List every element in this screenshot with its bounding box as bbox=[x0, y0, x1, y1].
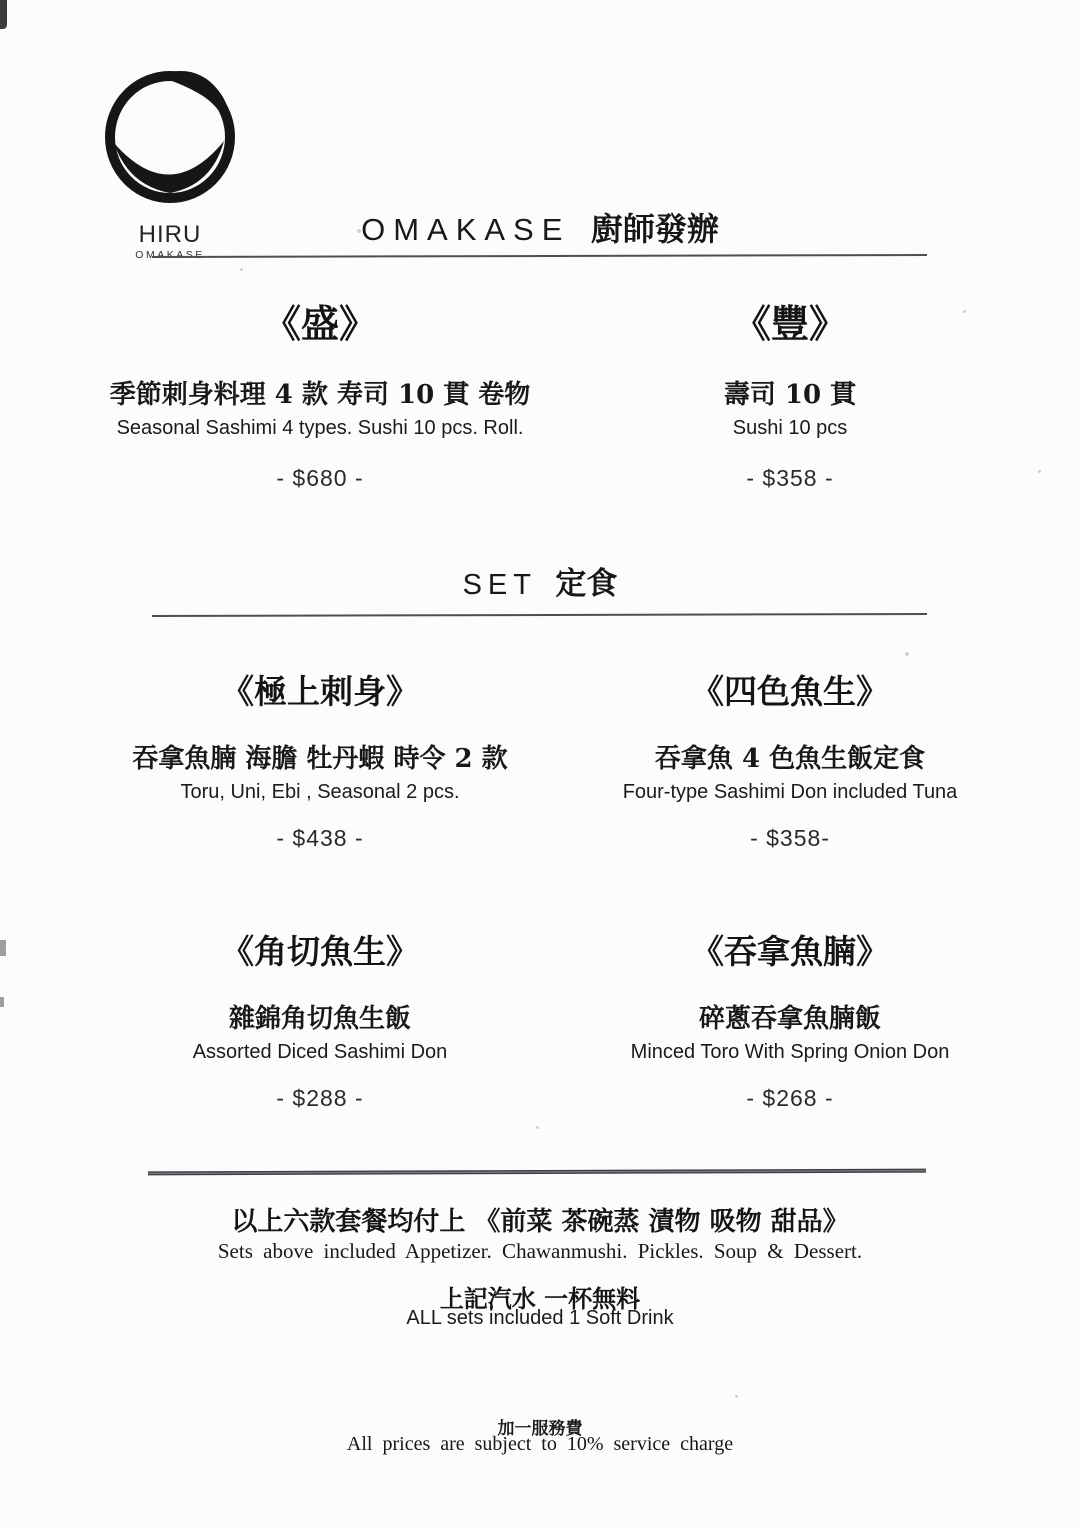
set-item-diced-sashimi-don: 《角切魚生》 雜錦角切魚生飯 Assorted Diced Sashimi Do… bbox=[105, 930, 535, 1112]
item-desc-zh: 雜錦角切魚生飯 bbox=[105, 1003, 535, 1036]
note-drink-en: ALL sets included 1 Soft Drink bbox=[0, 1307, 1080, 1330]
item-desc-en: Minced Toro With Spring Onion Don bbox=[575, 1039, 1005, 1065]
set-item-four-colour-sashimi-don: 《四色魚生》 吞拿魚 4 色魚生飯定食 Four-type Sashimi Do… bbox=[575, 670, 1005, 852]
item-price: - $680 - bbox=[105, 465, 535, 492]
omakase-item-sheng: 《盛》 季節刺身料理 4 款 寿司 10 貫 卷物 Seasonal Sashi… bbox=[105, 302, 535, 492]
title-divider bbox=[152, 254, 927, 258]
item-desc-en: Toru, Uni, Ebi , Seasonal 2 pcs. bbox=[105, 779, 535, 805]
item-price: - $268 - bbox=[575, 1085, 1005, 1112]
item-price: - $288 - bbox=[105, 1085, 535, 1112]
scan-speck bbox=[1038, 470, 1041, 473]
scan-speck bbox=[735, 1395, 738, 1398]
set-heading-zh: 定食 bbox=[555, 566, 617, 602]
page-title-en: OMAKASE bbox=[361, 212, 570, 247]
set-item-premium-sashimi: 《極上刺身》 吞拿魚腩 海膽 牡丹蝦 時令 2 款 Toru, Uni, Ebi… bbox=[105, 670, 535, 852]
item-desc-zh: 壽司 10 貫 bbox=[575, 379, 1005, 412]
scan-speck bbox=[536, 1126, 539, 1129]
scan-corner-mark bbox=[0, 0, 7, 29]
item-desc-zh: 吞拿魚腩 海膽 牡丹蝦 時令 2 款 bbox=[105, 743, 535, 776]
scan-speck bbox=[905, 652, 909, 656]
item-desc-zh: 季節刺身料理 4 款 寿司 10 貫 卷物 bbox=[105, 379, 535, 412]
omakase-item-feng: 《豐》 壽司 10 貫 Sushi 10 pcs - $358 - bbox=[575, 302, 1005, 492]
item-desc-en: Four-type Sashimi Don included Tuna bbox=[575, 779, 1005, 805]
set-section-heading: SET 定食 bbox=[0, 558, 1080, 603]
item-name: 《四色魚生》 bbox=[575, 670, 1005, 713]
notes-divider bbox=[148, 1169, 926, 1176]
item-desc-en: Assorted Diced Sashimi Don bbox=[105, 1039, 535, 1065]
page-title: OMAKASE 廚師發辦 bbox=[0, 204, 1080, 250]
item-desc-en: Sushi 10 pcs bbox=[575, 415, 1005, 441]
note-included-en: Sets above included Appetizer. Chawanmus… bbox=[0, 1239, 1080, 1264]
set-item-minced-toro-don: 《吞拿魚腩》 碎蔥吞拿魚腩飯 Minced Toro With Spring O… bbox=[575, 930, 1005, 1112]
menu-page: HIRU OMAKASE OMAKASE 廚師發辦 《盛》 季節刺身料理 4 款… bbox=[0, 0, 1080, 1528]
note-included-zh: 以上六款套餐均付上 《前菜 茶碗蒸 漬物 吸物 甜品》 bbox=[0, 1201, 1080, 1238]
set-divider bbox=[152, 613, 927, 617]
scan-speck bbox=[240, 268, 243, 271]
item-price: - $358 - bbox=[575, 465, 1005, 492]
restaurant-logo bbox=[92, 57, 248, 217]
scan-edge-mark bbox=[0, 940, 6, 956]
page-title-zh: 廚師發辦 bbox=[591, 210, 719, 248]
item-name: 《盛》 bbox=[105, 302, 535, 346]
item-name: 《極上刺身》 bbox=[105, 670, 535, 713]
item-price: - $438 - bbox=[105, 825, 535, 852]
item-desc-zh: 吞拿魚 4 色魚生飯定食 bbox=[575, 743, 1005, 776]
item-name: 《豐》 bbox=[575, 302, 1005, 346]
brush-circle-logo-icon bbox=[92, 57, 248, 217]
scan-edge-mark bbox=[0, 997, 4, 1007]
item-desc-en: Seasonal Sashimi 4 types. Sushi 10 pcs. … bbox=[105, 415, 535, 441]
item-name: 《角切魚生》 bbox=[105, 930, 535, 973]
set-heading-en: SET bbox=[463, 569, 537, 601]
item-desc-zh: 碎蔥吞拿魚腩飯 bbox=[575, 1003, 1005, 1036]
item-name: 《吞拿魚腩》 bbox=[575, 930, 1005, 973]
footer-service-charge-en: All prices are subject to 10% service ch… bbox=[0, 1433, 1080, 1456]
item-price: - $358- bbox=[575, 825, 1005, 852]
